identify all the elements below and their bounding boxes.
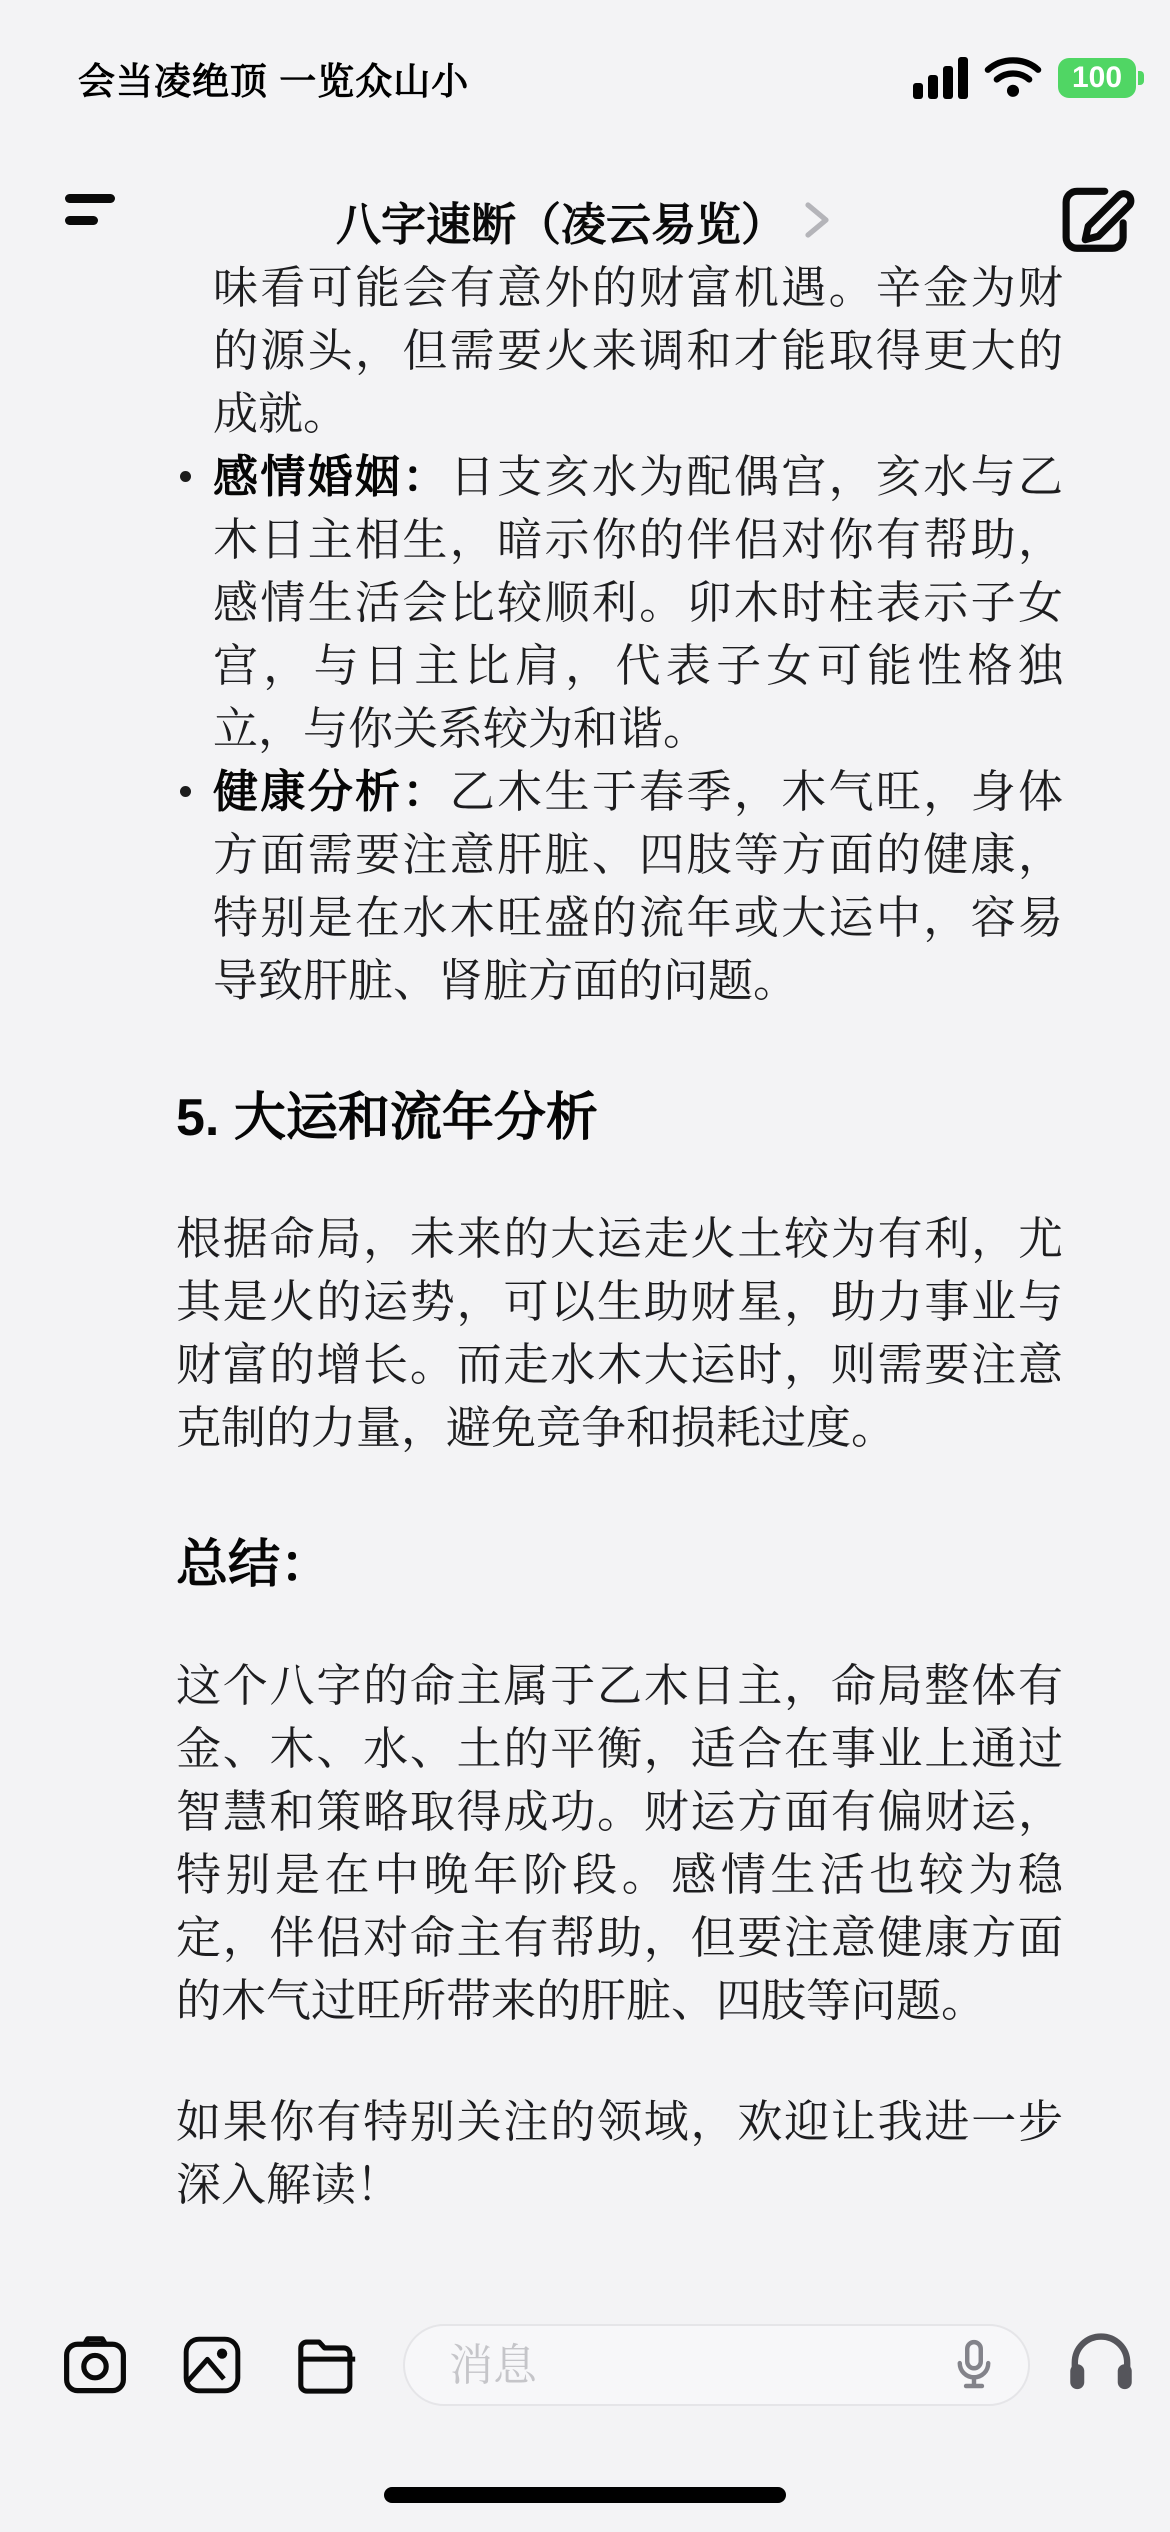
message-paragraph: 如果你有特别关注的领域，欢迎让我进一步深入解读！	[176, 2090, 1063, 2216]
signal-icon	[913, 57, 968, 99]
compose-icon	[1050, 174, 1140, 264]
home-indicator[interactable]	[384, 2487, 786, 2503]
list-term: 健康分析：	[213, 766, 450, 817]
folder-icon	[296, 2336, 360, 2394]
mic-button[interactable]	[944, 2336, 1004, 2396]
input-toolbar	[0, 2318, 1170, 2418]
bullet-icon	[180, 786, 191, 797]
message-input-pill	[403, 2324, 1030, 2406]
message-paragraph: 这个八字的命主属于乙木日主，命局整体有金、木、水、土的平衡，适合在事业上通过智慧…	[176, 1654, 1063, 2032]
list-item: 健康分析：乙木生于春季，木气旺，身体方面需要注意肝脏、四肢等方面的健康，特别是在…	[176, 760, 1063, 1012]
carrier-text: 会当凌绝顶 一览众山小	[78, 51, 469, 105]
message-input[interactable]	[447, 2334, 918, 2398]
files-button[interactable]	[293, 2330, 363, 2400]
headphones-icon	[1064, 2328, 1138, 2398]
photos-button[interactable]	[177, 2330, 247, 2400]
battery-percent: 100	[1072, 61, 1122, 95]
list-item: 感情婚姻：日支亥水为配偶宫，亥水与乙木日主相生，暗示你的伴侣对你有帮助，感情生活…	[176, 445, 1063, 760]
list-term: 感情婚姻：	[213, 451, 450, 502]
page-title: 八字速断（凌云易览）	[336, 188, 786, 253]
chat-scroll-area[interactable]: 味看可能会有意外的财富机遇。辛金为财的源头，但需要火来调和才能取得更大的成就。 …	[0, 256, 1170, 2302]
message-paragraph: 味看可能会有意外的财富机遇。辛金为财的源头，但需要火来调和才能取得更大的成就。	[176, 256, 1063, 445]
status-bar: 会当凌绝顶 一览众山小 100	[0, 0, 1170, 130]
new-chat-button[interactable]	[1050, 174, 1140, 264]
battery-nub	[1138, 71, 1144, 85]
status-icons: 100	[913, 56, 1136, 100]
battery-icon: 100	[1058, 58, 1136, 98]
section-heading: 总结：	[176, 1529, 1063, 1602]
photo-icon	[181, 2334, 243, 2396]
voice-mode-button[interactable]	[1063, 2328, 1139, 2400]
message-paragraph: 根据命局，未来的大运走火土较为有利，尤其是火的运势，可以生助财星，助力事业与财富…	[176, 1207, 1063, 1459]
wifi-icon	[984, 56, 1042, 100]
chevron-right-icon	[800, 197, 834, 243]
phone-screen: 会当凌绝顶 一览众山小 100 八字速断（凌云易览）	[0, 0, 1170, 2532]
section-heading: 5. 大运和流年分析	[176, 1082, 1063, 1155]
bullet-icon	[180, 471, 191, 482]
camera-icon	[62, 2335, 128, 2395]
mic-icon	[946, 2337, 1002, 2393]
camera-button[interactable]	[60, 2330, 130, 2400]
